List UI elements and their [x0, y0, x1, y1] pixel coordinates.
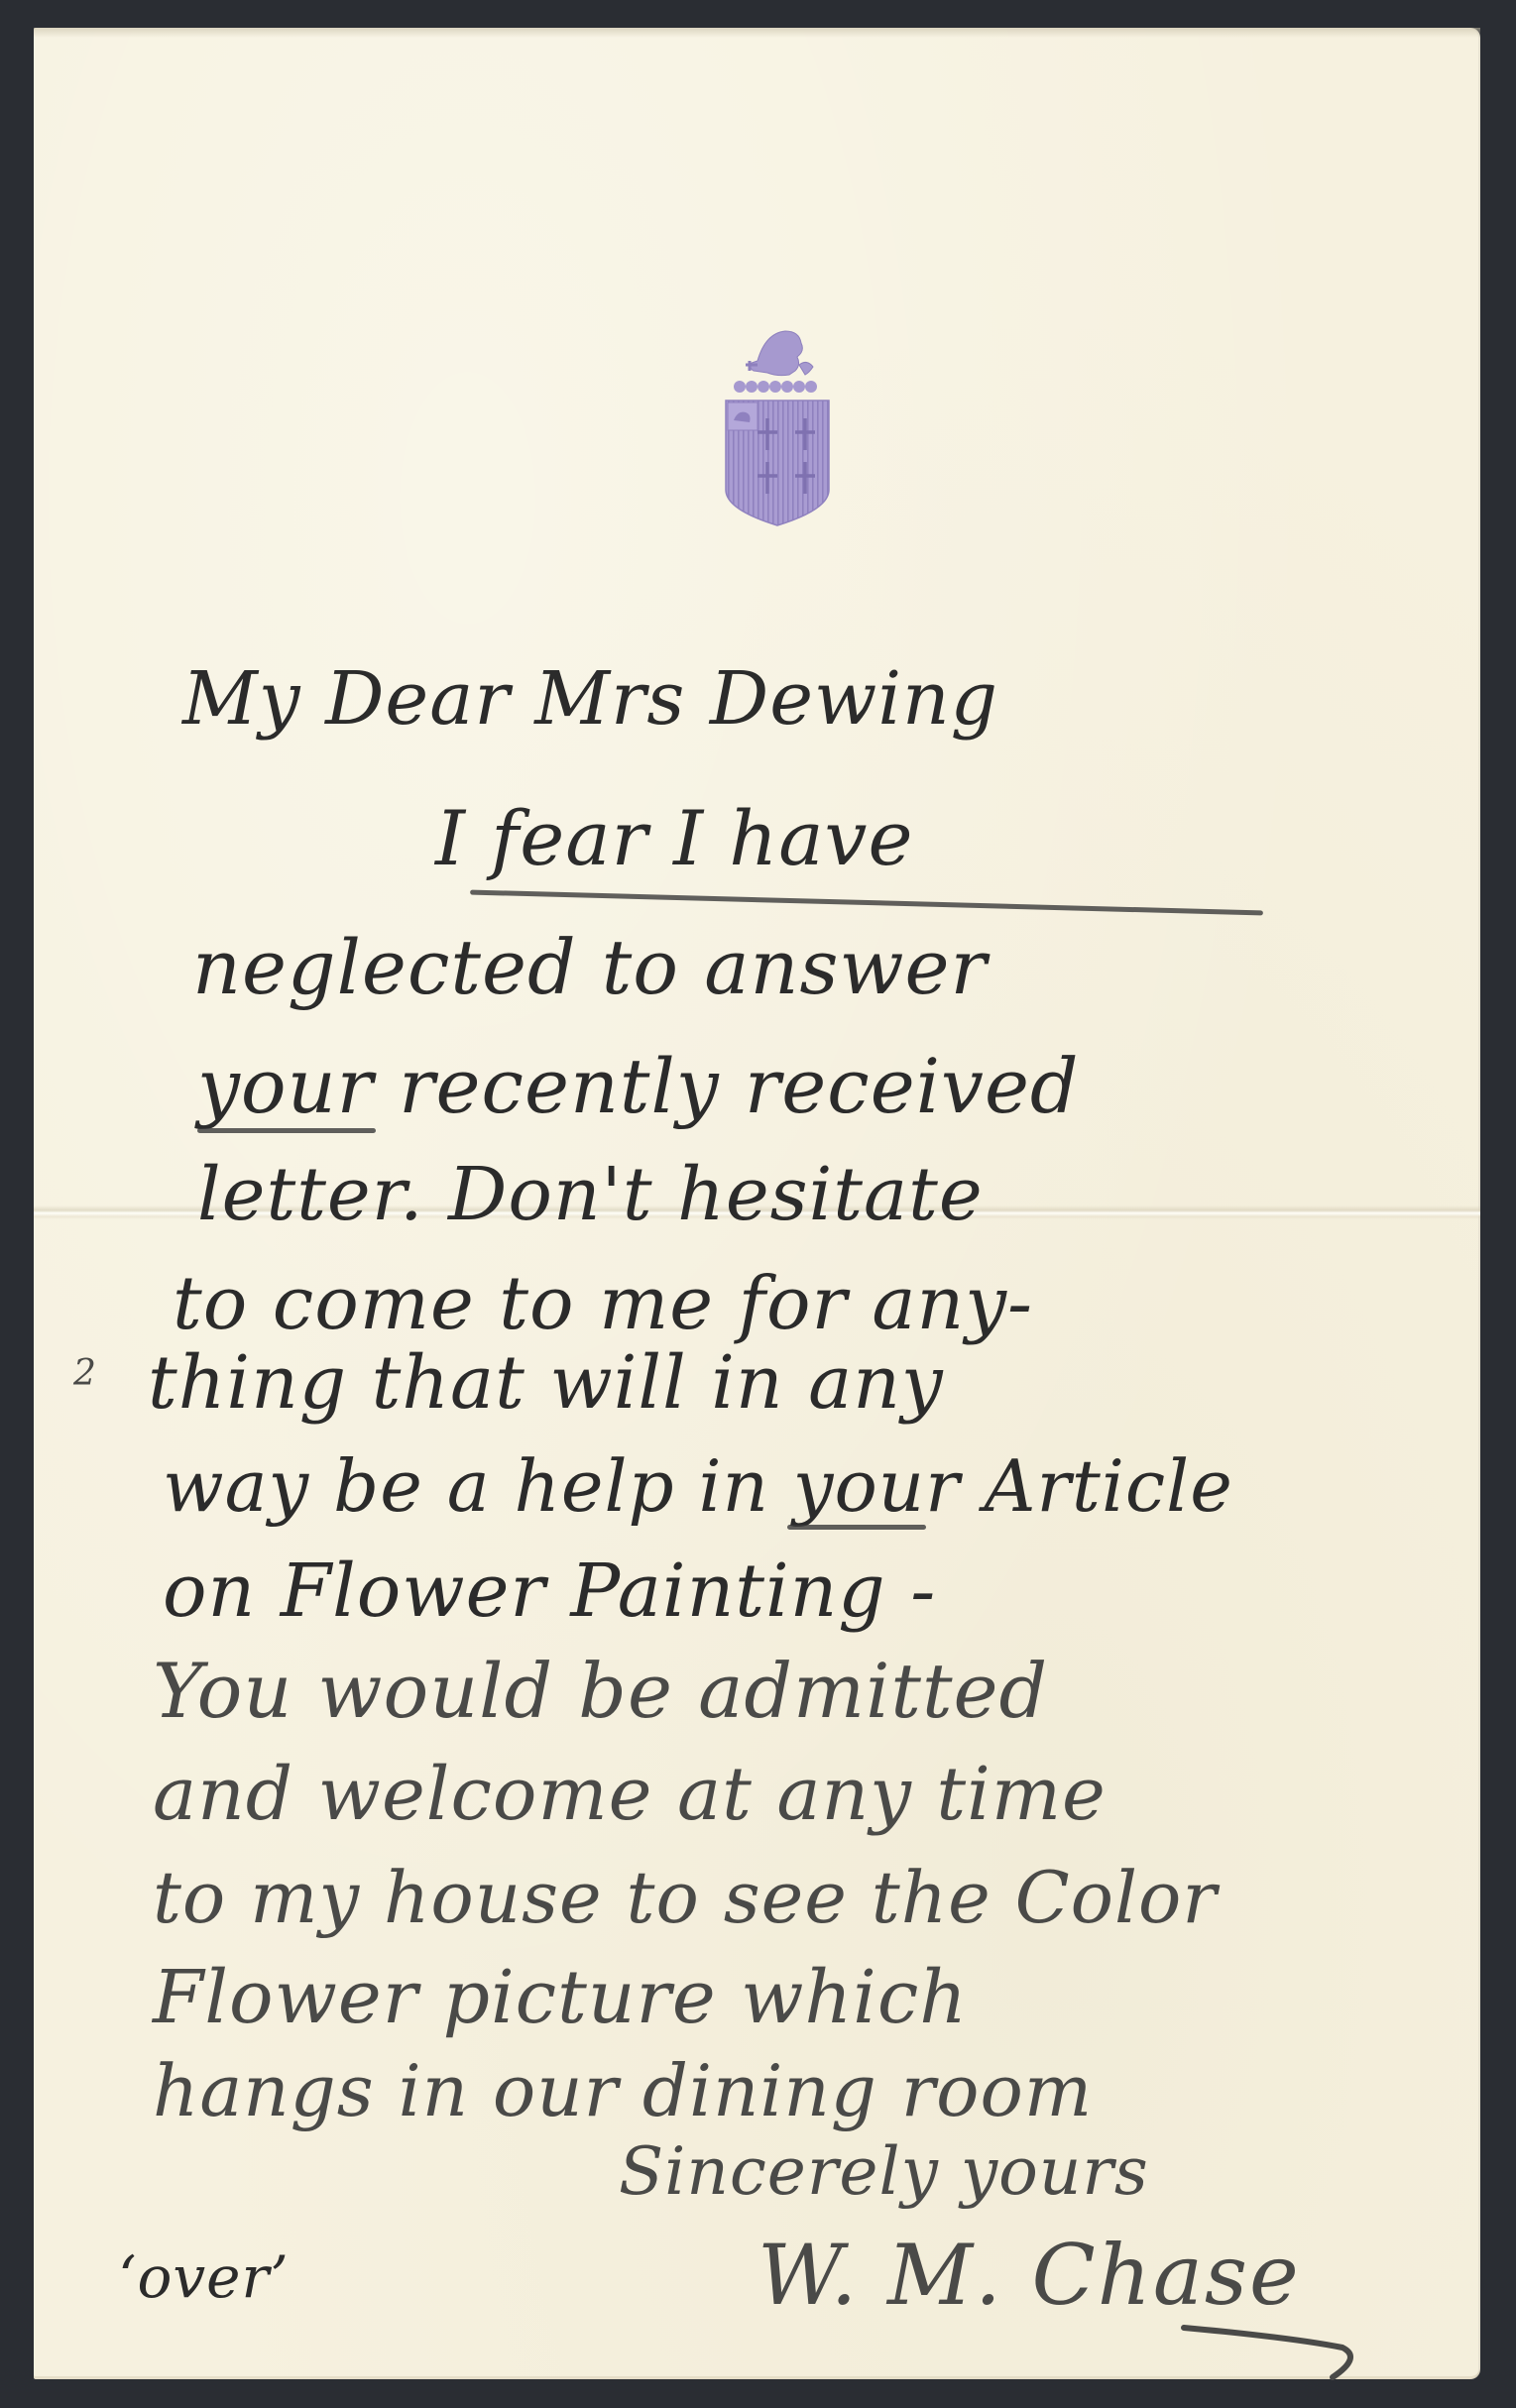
heraldic-crest-icon — [718, 321, 837, 529]
body-line-10: and welcome at any time — [153, 1758, 1107, 1831]
body-line-7: way be a help in your Article — [163, 1450, 1233, 1522]
underline-your-article — [787, 1525, 926, 1530]
flourish-stroke — [470, 890, 1263, 916]
body-line-8: on Flower Painting - — [163, 1554, 936, 1628]
body-line-11: to my house to see the Color — [153, 1862, 1218, 1933]
body-line-4: letter. Don't hesitate — [197, 1158, 984, 1231]
closing: Sincerely yours — [619, 2139, 1149, 2205]
body-line-1: I fear I have — [435, 801, 913, 876]
body-line-2: neglected to answer — [192, 930, 988, 1005]
document-scan: My Dear Mrs Dewing I fear I have neglect… — [0, 0, 1516, 2408]
line-number-mark: 2 — [73, 1356, 97, 1392]
body-line-12: Flower picture which — [153, 1961, 968, 2034]
body-line-13: hangs in our dining room — [153, 2055, 1093, 2126]
paper-top-edge — [34, 28, 1480, 38]
underline-your — [197, 1128, 376, 1133]
margin-note-over: ‘over’ — [118, 2248, 290, 2306]
margin-note-text: over — [137, 2243, 270, 2311]
body-line-3: your recently received — [197, 1049, 1080, 1124]
body-line-6: thing that will in any — [148, 1346, 944, 1420]
body-line-5: to come to me for any- — [173, 1267, 1033, 1340]
signature: W. M. Chase — [758, 2234, 1301, 2317]
salutation: My Dear Mrs Dewing — [182, 662, 998, 736]
letter-page: My Dear Mrs Dewing I fear I have neglect… — [34, 28, 1480, 2379]
body-line-9: You would be admitted — [153, 1654, 1048, 1729]
signature-flourish — [1174, 2308, 1372, 2387]
